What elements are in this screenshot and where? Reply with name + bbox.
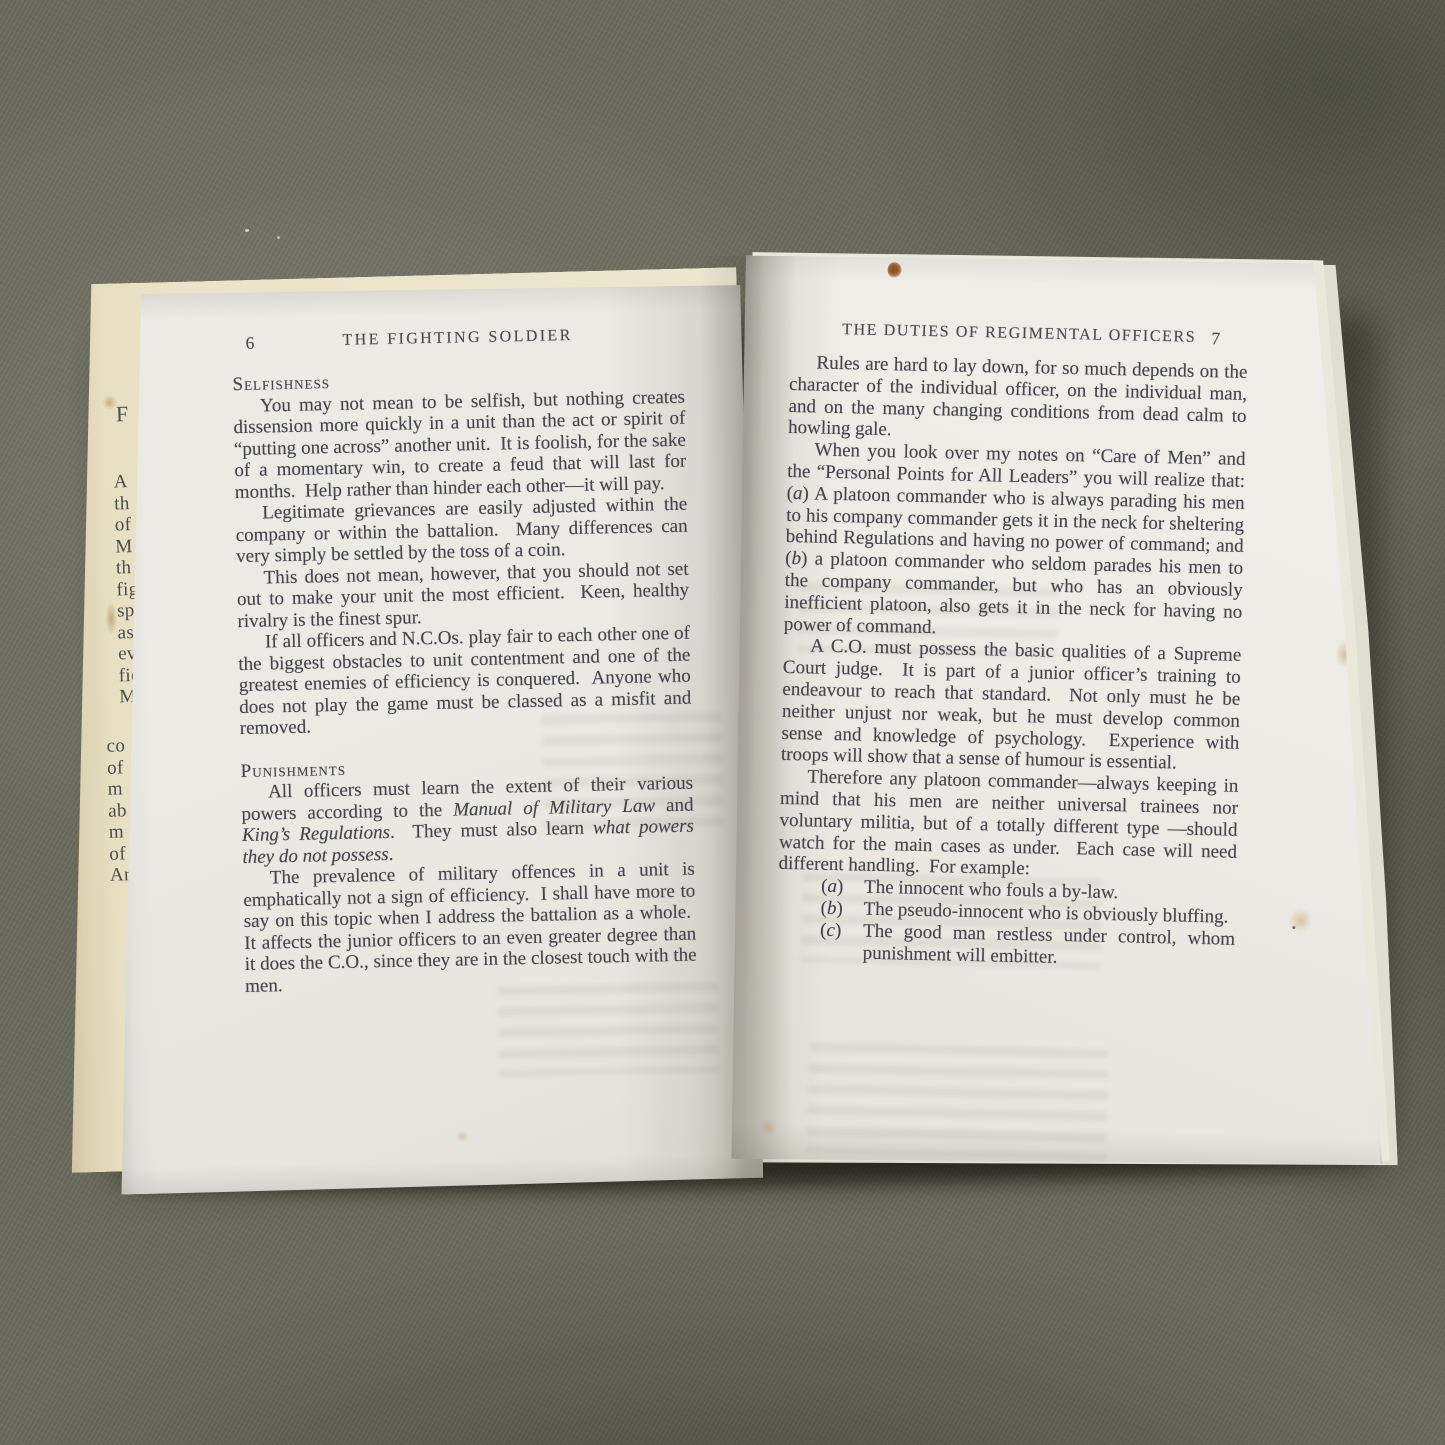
paragraph: You may not mean to be selfish, but noth…	[233, 386, 687, 503]
fox-spot-stain	[887, 262, 901, 278]
underpage-text-fragment: M	[115, 535, 138, 557]
lint-speck	[245, 229, 249, 232]
paragraph: This does not mean, however, that you sh…	[236, 558, 689, 632]
left-page-body: SelfishnessYou may not mean to be selfis…	[232, 365, 697, 997]
stain	[759, 1119, 779, 1135]
underpage-text-fragment: m	[107, 778, 128, 800]
underpage-text-fragment: of	[109, 843, 130, 865]
running-head-title-left: THE FIGHTING SOLDIER	[342, 327, 573, 349]
print-showthrough	[497, 982, 719, 1077]
left-page: 6 THE FIGHTING SOLDIER SelfishnessYou ma…	[103, 281, 764, 1194]
section: PunishmentsAll officers must learn the e…	[240, 751, 697, 997]
underpage-text-fragment: Ar	[110, 864, 131, 886]
underpage-fragment-column: coofmabmofAr	[106, 735, 131, 886]
running-head-left: 6 THE FIGHTING SOLDIER	[231, 323, 683, 353]
left-page-text: 6 THE FIGHTING SOLDIER SelfishnessYou ma…	[231, 323, 697, 997]
right-page-body: Rules are hard to lay down, for so much …	[778, 352, 1247, 885]
underpage-text-fragment: of	[107, 757, 128, 779]
list-item-label: (c)	[820, 919, 842, 941]
page-number-right: 7	[1211, 328, 1220, 350]
stain	[1287, 909, 1313, 932]
underpage-text-fragment: co	[106, 735, 127, 757]
underpage-text-fragment: of	[115, 514, 138, 536]
stain	[105, 601, 118, 635]
right-page: THE DUTIES OF REGIMENTAL OFFICERS 7 Rule…	[726, 251, 1402, 1173]
photo-canvas: F AthofMthfigspasevficM coofmabmofAr 6 T…	[0, 0, 1445, 1445]
page-number-left: 6	[245, 333, 254, 355]
paragraph: Rules are hard to lay down, for so much …	[788, 352, 1248, 449]
underpage-text-fragment: F	[116, 401, 129, 427]
underpage-text-fragment: A	[113, 471, 136, 493]
list-item-label: (b)	[820, 898, 843, 920]
paragraph: Legitimate grievances are easily adjuste…	[235, 494, 688, 568]
list-item-label: (a)	[821, 876, 844, 898]
case-list: (a)The innocent who fouls a by-law.(b)Th…	[776, 875, 1236, 972]
list-item: (c)The good man restless under control, …	[776, 919, 1235, 973]
lint-speck	[277, 236, 280, 239]
list-item-text: The good man restless under control, who…	[862, 920, 1235, 967]
paragraph: All officers must learn the extent of th…	[241, 773, 695, 868]
running-head-right: THE DUTIES OF REGIMENTAL OFFICERS 7	[790, 318, 1248, 349]
paragraph: The prevalence of military offences in a…	[243, 859, 698, 997]
paragraph: Therefore any platoon commander—always k…	[778, 766, 1238, 885]
print-showthrough	[806, 1043, 1108, 1160]
underpage-text-fragment: ab	[108, 800, 129, 822]
underpage-text-fragment: th	[116, 557, 139, 579]
section: SelfishnessYou may not mean to be selfis…	[232, 365, 692, 740]
underpage-text-fragment: th	[114, 492, 137, 514]
right-page-text: THE DUTIES OF REGIMENTAL OFFICERS 7 Rule…	[776, 318, 1248, 972]
stain	[455, 1130, 469, 1142]
running-head-title-right: THE DUTIES OF REGIMENTAL OFFICERS	[842, 321, 1196, 346]
paragraph: When you look over my notes on “Care of …	[784, 439, 1246, 645]
paragraph: If all officers and N.C.Os. play fair to…	[238, 623, 692, 740]
speck	[1292, 926, 1295, 929]
underpage-text-fragment: m	[109, 821, 130, 843]
paragraph: A C.O. must possess the basic qualities …	[781, 635, 1242, 776]
